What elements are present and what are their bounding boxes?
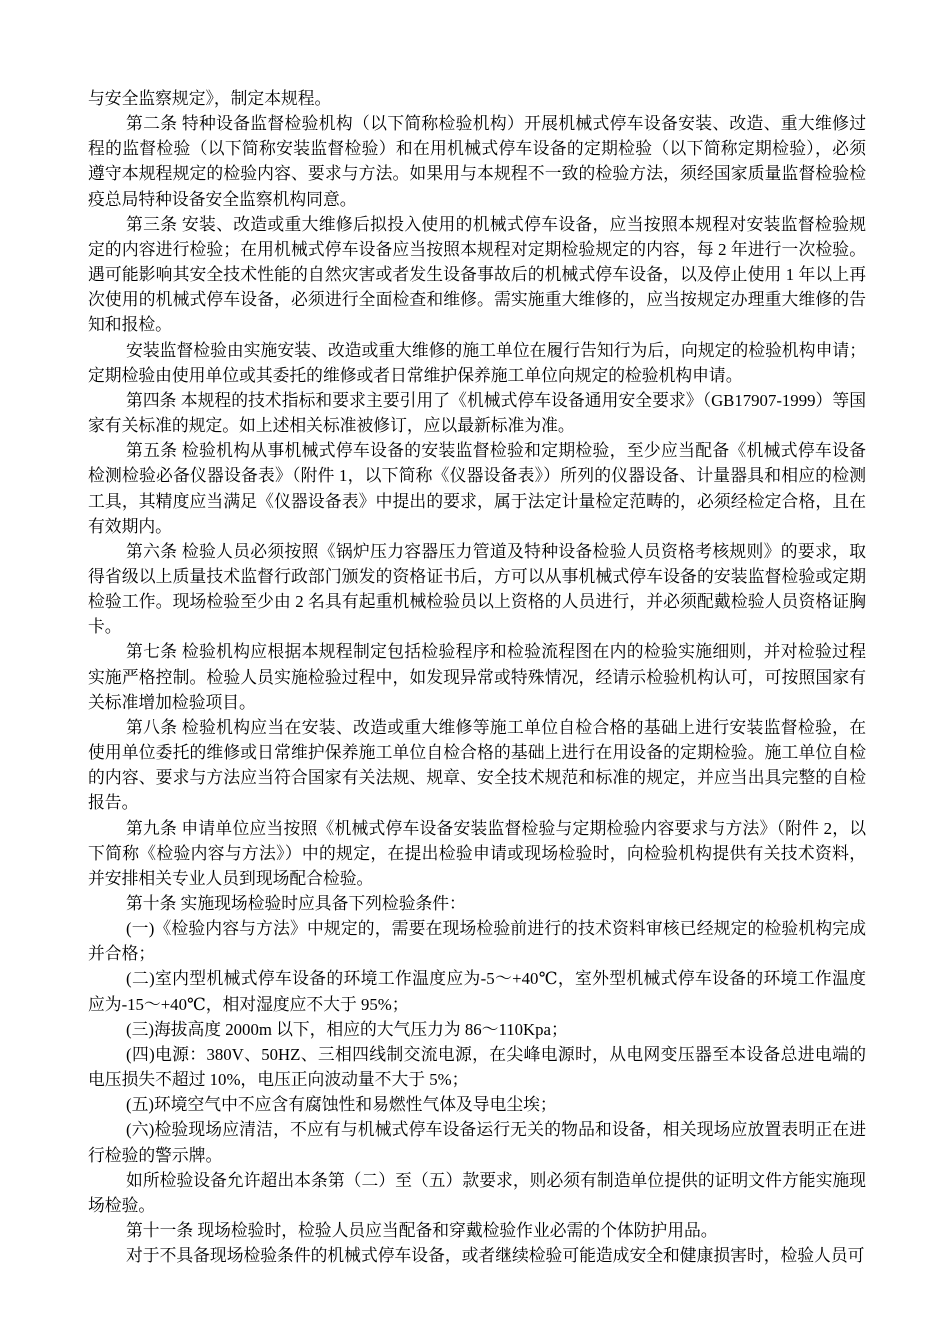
paragraph: 第六条 检验人员必须按照《锅炉压力容器压力管道及特种设备检验人员资格考核规则》的… bbox=[88, 539, 866, 640]
paragraph: (四)电源：380V、50HZ、三相四线制交流电源，在尖峰电源时，从电网变压器至… bbox=[88, 1042, 866, 1092]
paragraph: 第五条 检验机构从事机械式停车设备的安装监督检验和定期检验，至少应当配备《机械式… bbox=[88, 438, 866, 539]
paragraph: 第九条 申请单位应当按照《机械式停车设备安装监督检验与定期检验内容要求与方法》（… bbox=[88, 816, 866, 891]
paragraph: (五)环境空气中不应含有腐蚀性和易燃性气体及导电尘埃； bbox=[88, 1092, 866, 1117]
paragraph: (三)海拔高度 2000m 以下，相应的大气压力为 86～110Kpa； bbox=[88, 1017, 866, 1042]
paragraph: 安装监督检验由实施安装、改造或重大维修的施工单位在履行告知行为后，向规定的检验机… bbox=[88, 338, 866, 388]
paragraph: 第八条 检验机构应当在安装、改造或重大维修等施工单位自检合格的基础上进行安装监督… bbox=[88, 715, 866, 816]
document-body: 与安全监察规定》，制定本规程。第二条 特种设备监督检验机构（以下简称检验机构）开… bbox=[88, 86, 866, 1268]
paragraph: (六)检验现场应清洁，不应有与机械式停车设备运行无关的物品和设备，相关现场应放置… bbox=[88, 1117, 866, 1167]
paragraph: 第二条 特种设备监督检验机构（以下简称检验机构）开展机械式停车设备安装、改造、重… bbox=[88, 111, 866, 212]
paragraph: 如所检验设备允许超出本条第（二）至（五）款要求，则必须有制造单位提供的证明文件方… bbox=[88, 1168, 866, 1218]
paragraph: 与安全监察规定》，制定本规程。 bbox=[88, 86, 866, 111]
paragraph: 第三条 安装、改造或重大维修后拟投入使用的机械式停车设备，应当按照本规程对安装监… bbox=[88, 212, 866, 338]
paragraph: 第四条 本规程的技术指标和要求主要引用了《机械式停车设备通用安全要求》（GB17… bbox=[88, 388, 866, 438]
paragraph: 第十一条 现场检验时，检验人员应当配备和穿戴检验作业必需的个体防护用品。 bbox=[88, 1218, 866, 1243]
document-page: 与安全监察规定》，制定本规程。第二条 特种设备监督检验机构（以下简称检验机构）开… bbox=[0, 0, 950, 1344]
paragraph: (一)《检验内容与方法》中规定的，需要在现场检验前进行的技术资料审核已经规定的检… bbox=[88, 916, 866, 966]
paragraph: 第十条 实施现场检验时应具备下列检验条件： bbox=[88, 891, 866, 916]
paragraph: 第七条 检验机构应根据本规程制定包括检验程序和检验流程图在内的检验实施细则，并对… bbox=[88, 639, 866, 714]
paragraph: (二)室内型机械式停车设备的环境工作温度应为-5～+40℃，室外型机械式停车设备… bbox=[88, 966, 866, 1016]
paragraph: 对于不具备现场检验条件的机械式停车设备，或者继续检验可能造成安全和健康损害时，检… bbox=[88, 1243, 866, 1268]
